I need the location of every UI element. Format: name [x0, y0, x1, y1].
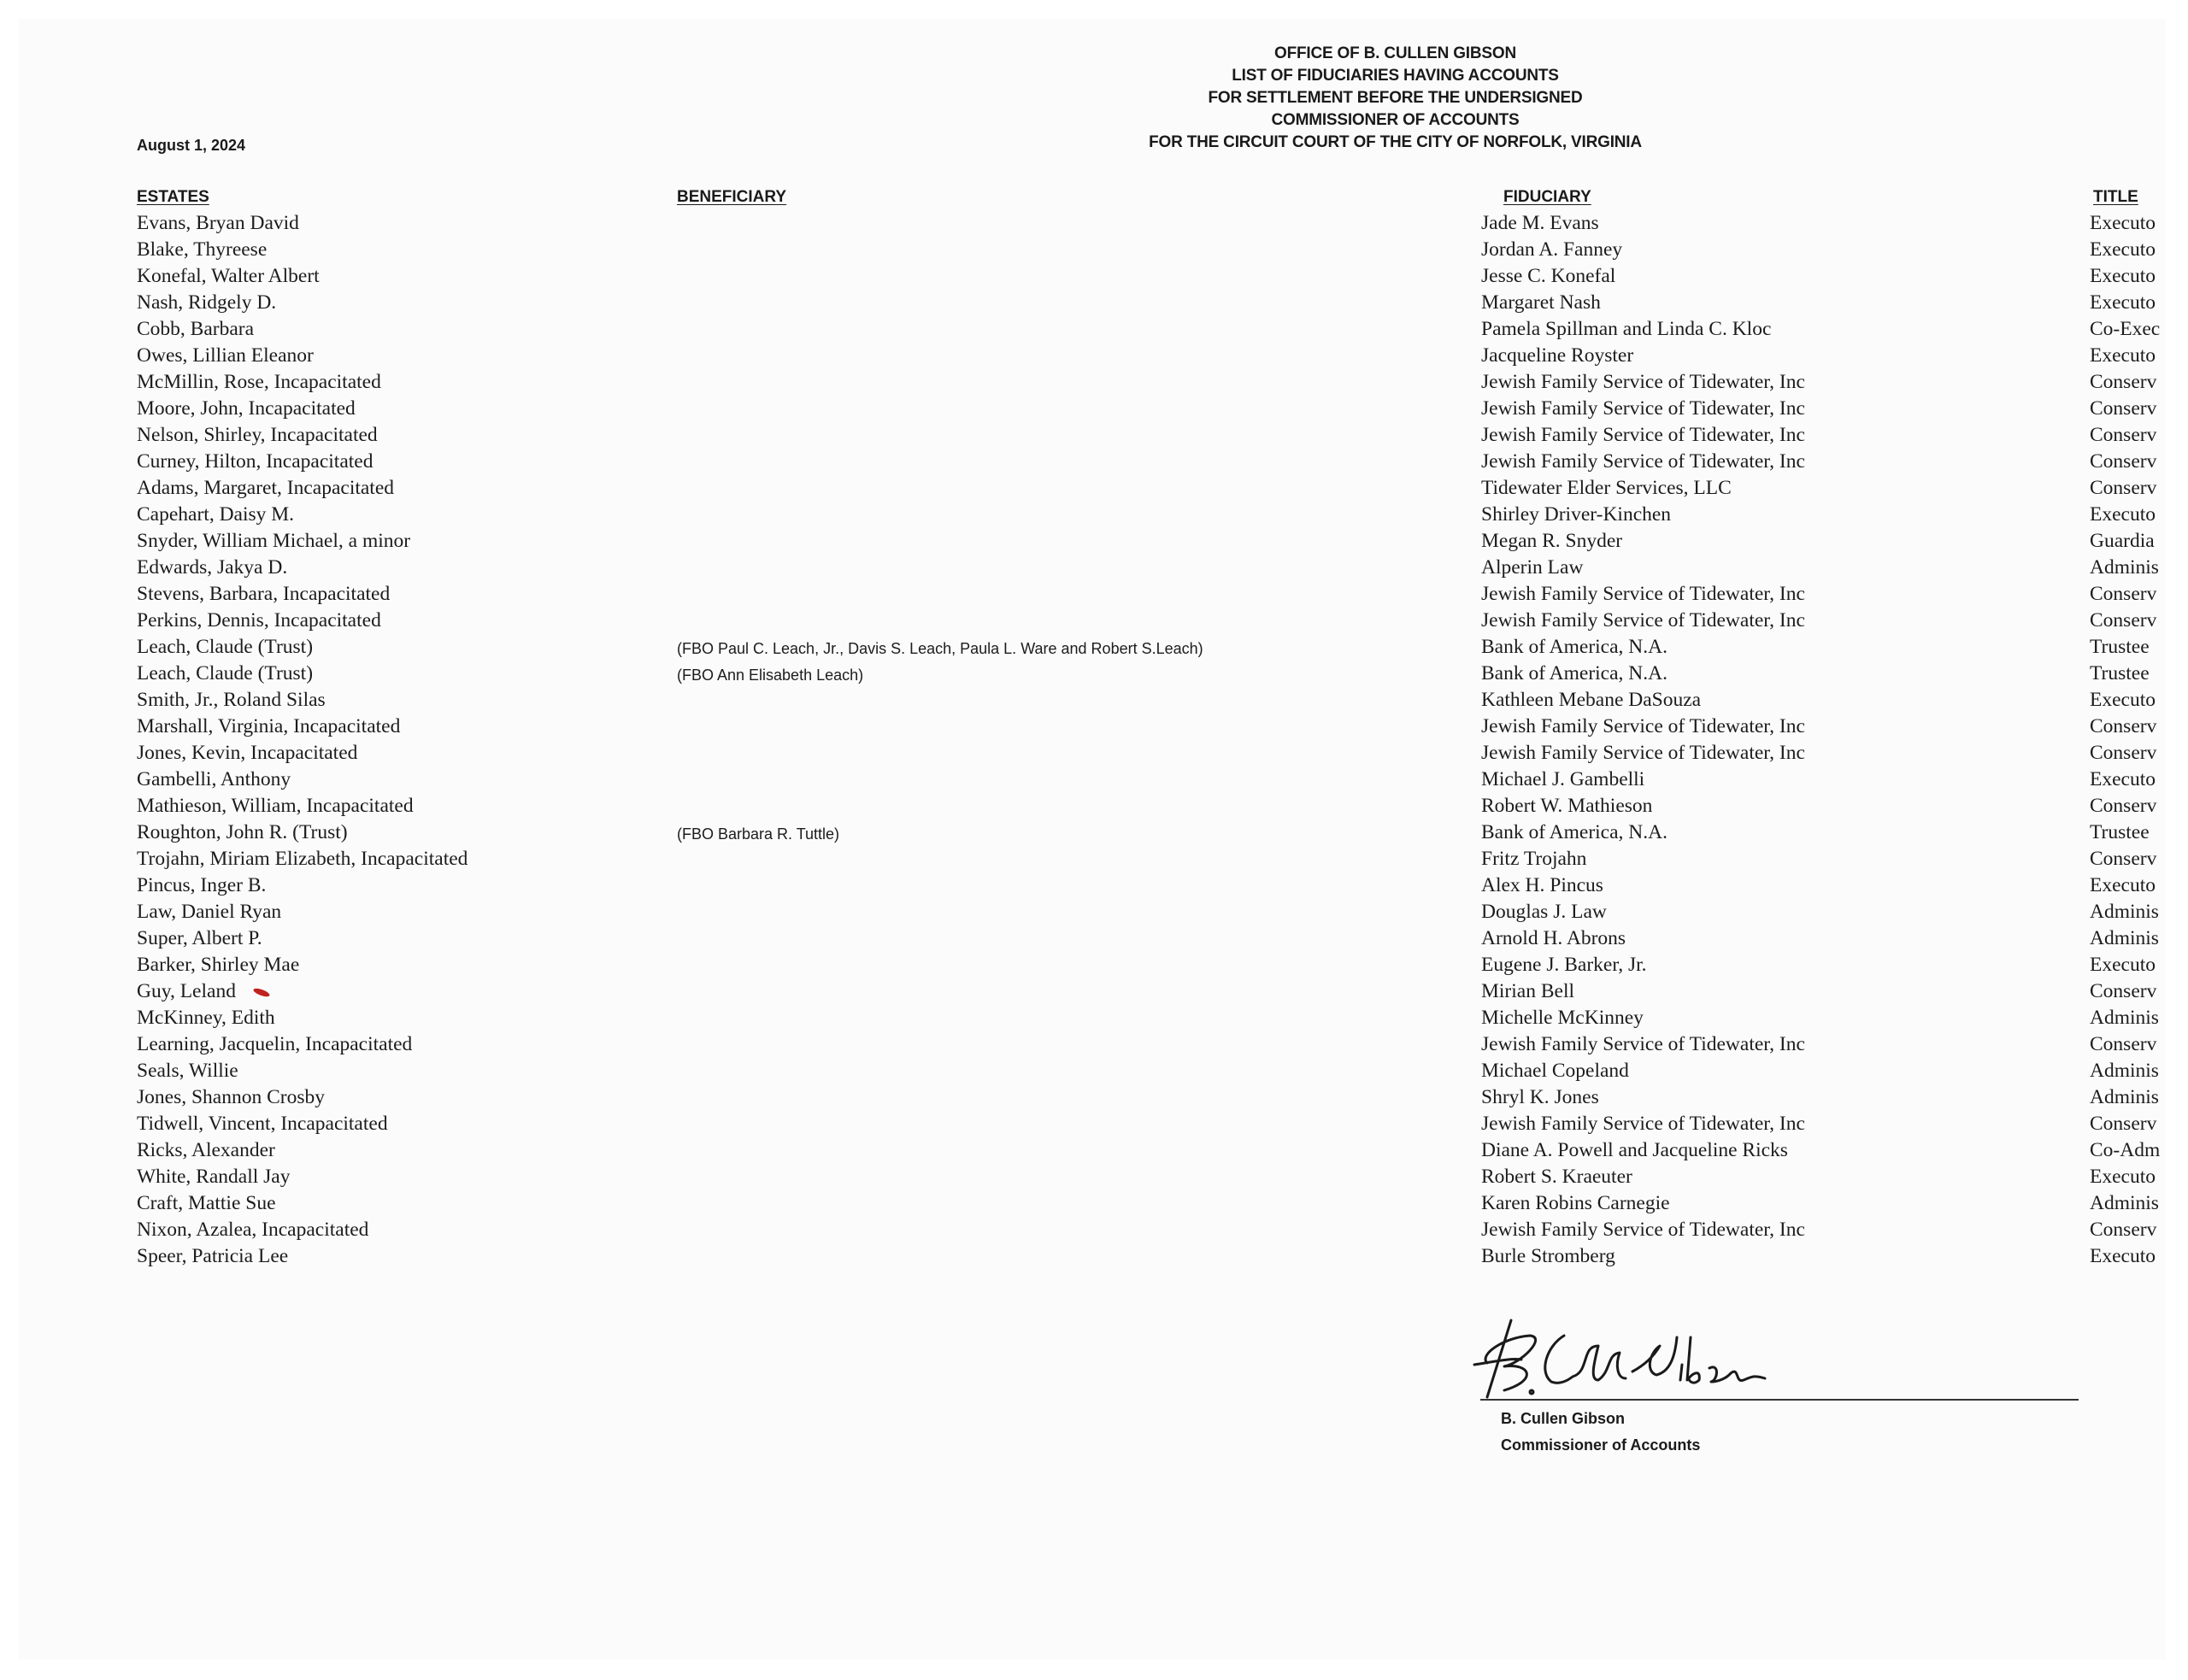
- row-title-cell: Conserv: [2090, 714, 2163, 740]
- row-title-cell: Executo: [2090, 343, 2163, 369]
- column-header-estates: ESTATES: [137, 188, 209, 207]
- row-fiduciary-cell: Robert W. Mathieson: [1481, 793, 1805, 819]
- row-estate-cell: Snyder, William Michael, a minor: [137, 528, 468, 555]
- row-beneficiary-cell: [677, 793, 1203, 819]
- row-estate-cell: Nelson, Shirley, Incapacitated: [137, 422, 468, 449]
- header-line: FOR SETTLEMENT BEFORE THE UNDERSIGNED: [1120, 87, 1671, 109]
- row-title-cell: Co-Adm: [2090, 1137, 2163, 1164]
- row-title-cell: Co-Exec: [2090, 316, 2163, 343]
- row-estate-cell: Evans, Bryan David: [137, 210, 468, 237]
- row-fiduciary-cell: Diane A. Powell and Jacqueline Ricks: [1481, 1137, 1805, 1164]
- row-estate-cell: Tidwell, Vincent, Incapacitated: [137, 1111, 468, 1137]
- row-estate-cell: Jones, Shannon Crosby: [137, 1084, 468, 1111]
- row-fiduciary-cell: Jesse C. Konefal: [1481, 263, 1805, 290]
- row-fiduciary-cell: Kathleen Mebane DaSouza: [1481, 687, 1805, 714]
- row-beneficiary-cell: [677, 714, 1203, 740]
- row-title-cell: Conserv: [2090, 846, 2163, 872]
- row-beneficiary-cell: [677, 1058, 1203, 1084]
- row-fiduciary-cell: Margaret Nash: [1481, 290, 1805, 316]
- document-header: OFFICE OF B. CULLEN GIBSON LIST OF FIDUC…: [1120, 43, 1671, 154]
- row-title-cell: Adminis: [2090, 899, 2163, 925]
- row-title-cell: Conserv: [2090, 1111, 2163, 1137]
- row-title-cell: Adminis: [2090, 1084, 2163, 1111]
- row-estate-cell: Edwards, Jakya D.: [137, 555, 468, 581]
- row-estate-cell: McKinney, Edith: [137, 1005, 468, 1031]
- row-estate-cell: Learning, Jacquelin, Incapacitated: [137, 1031, 468, 1058]
- row-estate-cell: Perkins, Dennis, Incapacitated: [137, 608, 468, 634]
- row-title-cell: Guardia: [2090, 528, 2163, 555]
- row-title-cell: Adminis: [2090, 1058, 2163, 1084]
- title-column: ExecutoExecutoExecutoExecutoCo-ExecExecu…: [2090, 210, 2163, 1270]
- row-fiduciary-cell: Eugene J. Barker, Jr.: [1481, 952, 1805, 978]
- row-beneficiary-cell: [677, 343, 1203, 369]
- row-fiduciary-cell: Megan R. Snyder: [1481, 528, 1805, 555]
- row-estate-cell: Seals, Willie: [137, 1058, 468, 1084]
- row-fiduciary-cell: Shirley Driver-Kinchen: [1481, 502, 1805, 528]
- row-beneficiary-cell: [677, 502, 1203, 528]
- row-fiduciary-cell: Jewish Family Service of Tidewater, Inc: [1481, 740, 1805, 767]
- row-fiduciary-cell: Jordan A. Fanney: [1481, 237, 1805, 263]
- row-estate-cell: White, Randall Jay: [137, 1164, 468, 1190]
- column-header-beneficiary: BENEFICIARY: [677, 188, 786, 207]
- row-fiduciary-cell: Alperin Law: [1481, 555, 1805, 581]
- signer-role: Commissioner of Accounts: [1501, 1432, 1700, 1459]
- row-title-cell: Executo: [2090, 767, 2163, 793]
- row-estate-cell: Law, Daniel Ryan: [137, 899, 468, 925]
- row-fiduciary-cell: Burle Stromberg: [1481, 1243, 1805, 1270]
- row-title-cell: Adminis: [2090, 1005, 2163, 1031]
- row-beneficiary-cell: [677, 555, 1203, 581]
- row-title-cell: Trustee: [2090, 661, 2163, 687]
- row-fiduciary-cell: Jewish Family Service of Tidewater, Inc: [1481, 422, 1805, 449]
- row-estate-cell: Super, Albert P.: [137, 925, 468, 952]
- row-estate-cell: Leach, Claude (Trust): [137, 634, 468, 661]
- row-title-cell: Executo: [2090, 502, 2163, 528]
- row-fiduciary-cell: Karen Robins Carnegie: [1481, 1190, 1805, 1217]
- row-beneficiary-cell: [677, 767, 1203, 793]
- row-title-cell: Conserv: [2090, 793, 2163, 819]
- row-beneficiary-cell: (FBO Paul C. Leach, Jr., Davis S. Leach,…: [677, 634, 1203, 661]
- row-estate-cell: Pincus, Inger B.: [137, 872, 468, 899]
- row-title-cell: Executo: [2090, 687, 2163, 714]
- row-fiduciary-cell: Jewish Family Service of Tidewater, Inc: [1481, 1031, 1805, 1058]
- row-estate-cell: Gambelli, Anthony: [137, 767, 468, 793]
- signature-block: B. Cullen Gibson Commissioner of Account…: [1501, 1406, 1700, 1459]
- row-estate-cell: Craft, Mattie Sue: [137, 1190, 468, 1217]
- row-estate-cell: Stevens, Barbara, Incapacitated: [137, 581, 468, 608]
- row-fiduciary-cell: Jewish Family Service of Tidewater, Inc: [1481, 396, 1805, 422]
- row-title-cell: Executo: [2090, 952, 2163, 978]
- row-fiduciary-cell: Douglas J. Law: [1481, 899, 1805, 925]
- header-line: OFFICE OF B. CULLEN GIBSON: [1120, 43, 1671, 65]
- row-estate-cell: Mathieson, William, Incapacitated: [137, 793, 468, 819]
- row-beneficiary-cell: [677, 1137, 1203, 1164]
- row-fiduciary-cell: Fritz Trojahn: [1481, 846, 1805, 872]
- row-title-cell: Conserv: [2090, 422, 2163, 449]
- row-fiduciary-cell: Bank of America, N.A.: [1481, 661, 1805, 687]
- row-title-cell: Executo: [2090, 872, 2163, 899]
- row-title-cell: Executo: [2090, 290, 2163, 316]
- red-pen-mark-icon: [252, 987, 270, 998]
- row-title-cell: Conserv: [2090, 581, 2163, 608]
- row-estate-cell: Nash, Ridgely D.: [137, 290, 468, 316]
- estates-column: Evans, Bryan DavidBlake, ThyreeseKonefal…: [137, 210, 468, 1270]
- header-line: LIST OF FIDUCIARIES HAVING ACCOUNTS: [1120, 65, 1671, 87]
- row-fiduciary-cell: Bank of America, N.A.: [1481, 634, 1805, 661]
- row-title-cell: Executo: [2090, 1164, 2163, 1190]
- row-estate-cell: Trojahn, Miriam Elizabeth, Incapacitated: [137, 846, 468, 872]
- row-title-cell: Trustee: [2090, 819, 2163, 846]
- row-fiduciary-cell: Shryl K. Jones: [1481, 1084, 1805, 1111]
- row-beneficiary-cell: (FBO Barbara R. Tuttle): [677, 819, 1203, 846]
- row-beneficiary-cell: [677, 369, 1203, 396]
- row-title-cell: Conserv: [2090, 608, 2163, 634]
- row-estate-cell: Marshall, Virginia, Incapacitated: [137, 714, 468, 740]
- row-beneficiary-cell: [677, 1031, 1203, 1058]
- row-estate-cell: Blake, Thyreese: [137, 237, 468, 263]
- row-beneficiary-cell: [677, 396, 1203, 422]
- row-beneficiary-cell: [677, 237, 1203, 263]
- row-beneficiary-cell: [677, 475, 1203, 502]
- row-beneficiary-cell: [677, 899, 1203, 925]
- row-fiduciary-cell: Jacqueline Royster: [1481, 343, 1805, 369]
- row-title-cell: Executo: [2090, 210, 2163, 237]
- row-fiduciary-cell: Arnold H. Abrons: [1481, 925, 1805, 952]
- row-beneficiary-cell: [677, 1084, 1203, 1111]
- header-line: COMMISSIONER OF ACCOUNTS: [1120, 109, 1671, 132]
- row-estate-cell: Speer, Patricia Lee: [137, 1243, 468, 1270]
- beneficiary-column: (FBO Paul C. Leach, Jr., Davis S. Leach,…: [677, 210, 1203, 1270]
- row-beneficiary-cell: [677, 1005, 1203, 1031]
- row-estate-cell: Curney, Hilton, Incapacitated: [137, 449, 468, 475]
- row-fiduciary-cell: Michelle McKinney: [1481, 1005, 1805, 1031]
- row-fiduciary-cell: Mirian Bell: [1481, 978, 1805, 1005]
- row-estate-cell: Adams, Margaret, Incapacitated: [137, 475, 468, 502]
- row-beneficiary-cell: [677, 528, 1203, 555]
- row-fiduciary-cell: Jewish Family Service of Tidewater, Inc: [1481, 449, 1805, 475]
- row-estate-cell: Nixon, Azalea, Incapacitated: [137, 1217, 468, 1243]
- row-beneficiary-cell: [677, 872, 1203, 899]
- row-title-cell: Executo: [2090, 263, 2163, 290]
- row-beneficiary-cell: [677, 316, 1203, 343]
- row-beneficiary-cell: [677, 210, 1203, 237]
- row-estate-cell: McMillin, Rose, Incapacitated: [137, 369, 468, 396]
- row-fiduciary-cell: Jewish Family Service of Tidewater, Inc: [1481, 1217, 1805, 1243]
- row-title-cell: Conserv: [2090, 396, 2163, 422]
- row-fiduciary-cell: Pamela Spillman and Linda C. Kloc: [1481, 316, 1805, 343]
- row-fiduciary-cell: Bank of America, N.A.: [1481, 819, 1805, 846]
- row-title-cell: Trustee: [2090, 634, 2163, 661]
- row-fiduciary-cell: Jewish Family Service of Tidewater, Inc: [1481, 369, 1805, 396]
- row-estate-cell: Capehart, Daisy M.: [137, 502, 468, 528]
- row-fiduciary-cell: Robert S. Kraeuter: [1481, 1164, 1805, 1190]
- row-fiduciary-cell: Jewish Family Service of Tidewater, Inc: [1481, 1111, 1805, 1137]
- row-estate-cell: Guy, Leland: [137, 978, 468, 1005]
- row-fiduciary-cell: Alex H. Pincus: [1481, 872, 1805, 899]
- row-beneficiary-cell: [677, 449, 1203, 475]
- document-date: August 1, 2024: [137, 137, 245, 155]
- row-title-cell: Conserv: [2090, 978, 2163, 1005]
- row-title-cell: Executo: [2090, 237, 2163, 263]
- row-beneficiary-cell: [677, 608, 1203, 634]
- row-beneficiary-cell: [677, 290, 1203, 316]
- row-estate-cell: Cobb, Barbara: [137, 316, 468, 343]
- row-estate-cell: Ricks, Alexander: [137, 1137, 468, 1164]
- row-beneficiary-cell: [677, 1243, 1203, 1270]
- row-estate-cell: Smith, Jr., Roland Silas: [137, 687, 468, 714]
- row-fiduciary-cell: Jewish Family Service of Tidewater, Inc: [1481, 608, 1805, 634]
- row-estate-cell: Jones, Kevin, Incapacitated: [137, 740, 468, 767]
- row-estate-cell: Barker, Shirley Mae: [137, 952, 468, 978]
- row-beneficiary-cell: [677, 581, 1203, 608]
- signature-line: [1480, 1399, 2079, 1401]
- row-title-cell: Adminis: [2090, 925, 2163, 952]
- row-beneficiary-cell: [677, 1217, 1203, 1243]
- row-fiduciary-cell: Jade M. Evans: [1481, 210, 1805, 237]
- row-beneficiary-cell: [677, 1111, 1203, 1137]
- row-fiduciary-cell: Jewish Family Service of Tidewater, Inc: [1481, 714, 1805, 740]
- row-beneficiary-cell: (FBO Ann Elisabeth Leach): [677, 661, 1203, 687]
- fiduciary-column: Jade M. EvansJordan A. FanneyJesse C. Ko…: [1481, 210, 1805, 1270]
- row-title-cell: Adminis: [2090, 555, 2163, 581]
- row-estate-cell: Leach, Claude (Trust): [137, 661, 468, 687]
- row-estate-cell: Roughton, John R. (Trust): [137, 819, 468, 846]
- row-title-cell: Conserv: [2090, 740, 2163, 767]
- row-beneficiary-cell: [677, 1190, 1203, 1217]
- column-header-title: TITLE: [2093, 188, 2138, 207]
- row-title-cell: Adminis: [2090, 1190, 2163, 1217]
- row-fiduciary-cell: Tidewater Elder Services, LLC: [1481, 475, 1805, 502]
- column-header-fiduciary: FIDUCIARY: [1503, 188, 1591, 207]
- row-fiduciary-cell: Michael Copeland: [1481, 1058, 1805, 1084]
- row-title-cell: Conserv: [2090, 1217, 2163, 1243]
- row-beneficiary-cell: [677, 1164, 1203, 1190]
- row-fiduciary-cell: Jewish Family Service of Tidewater, Inc: [1481, 581, 1805, 608]
- row-estate-cell: Moore, John, Incapacitated: [137, 396, 468, 422]
- row-beneficiary-cell: [677, 978, 1203, 1005]
- row-title-cell: Executo: [2090, 1243, 2163, 1270]
- row-beneficiary-cell: [677, 952, 1203, 978]
- row-beneficiary-cell: [677, 925, 1203, 952]
- signer-name: B. Cullen Gibson: [1501, 1406, 1700, 1432]
- row-title-cell: Conserv: [2090, 475, 2163, 502]
- row-beneficiary-cell: [677, 740, 1203, 767]
- row-beneficiary-cell: [677, 846, 1203, 872]
- header-line: FOR THE CIRCUIT COURT OF THE CITY OF NOR…: [1120, 132, 1671, 154]
- row-fiduciary-cell: Michael J. Gambelli: [1481, 767, 1805, 793]
- row-estate-cell: Owes, Lillian Eleanor: [137, 343, 468, 369]
- row-estate-cell: Konefal, Walter Albert: [137, 263, 468, 290]
- row-title-cell: Conserv: [2090, 369, 2163, 396]
- signature-image: [1470, 1312, 1829, 1406]
- row-beneficiary-cell: [677, 422, 1203, 449]
- row-beneficiary-cell: [677, 263, 1203, 290]
- row-beneficiary-cell: [677, 687, 1203, 714]
- row-title-cell: Conserv: [2090, 1031, 2163, 1058]
- row-title-cell: Conserv: [2090, 449, 2163, 475]
